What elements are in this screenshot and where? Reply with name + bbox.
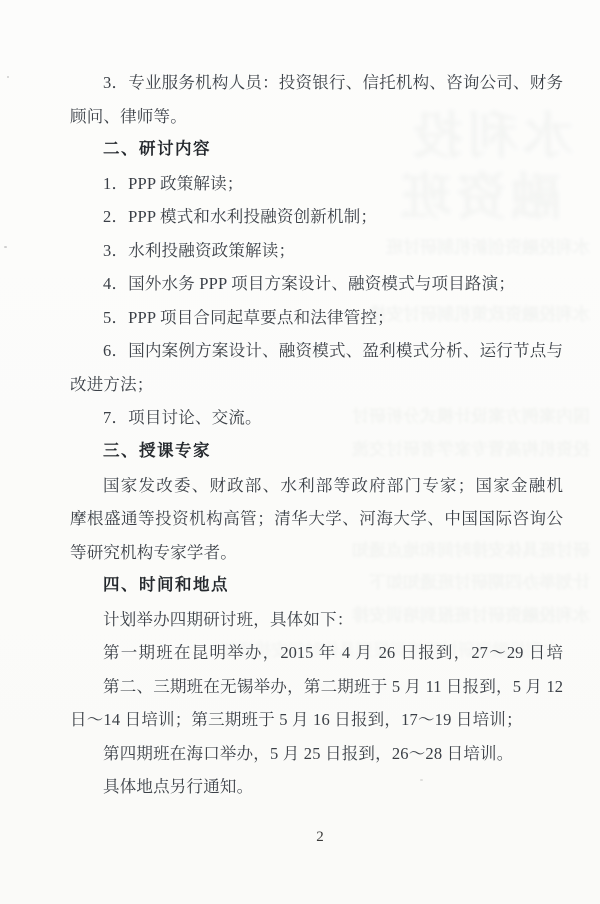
- section-heading: 三、授课专家: [70, 435, 563, 469]
- document-line: 计划举办四期研讨班，具体如下：: [70, 603, 563, 637]
- list-item: 3．水利投融资政策解读；: [70, 234, 563, 268]
- document-line: 改进方法；: [70, 368, 563, 402]
- list-item: 6．国内案例方案设计、融资模式、盈利模式分析、运行节点与: [70, 334, 563, 368]
- list-item: 2．PPP 模式和水利投融资创新机制；: [70, 200, 563, 234]
- document-line: 等研究机构专家学者。: [70, 536, 563, 570]
- document-line: 第二、三期班在无锡举办，第二期班于 5 月 11 日报到，5 月 12: [70, 670, 563, 704]
- document-line: 具体地点另行通知。: [70, 770, 563, 804]
- section-heading: 二、研讨内容: [70, 133, 563, 167]
- page-number: 2: [0, 829, 600, 846]
- document-line: 第一期班在昆明举办，2015 年 4 月 26 日报到，27～29 日培训；: [70, 636, 563, 670]
- document-line: 摩根盛通等投资机构高管；清华大学、河海大学、中国国际咨询公司: [70, 502, 563, 536]
- list-item: 1．PPP 政策解读；: [70, 167, 563, 201]
- scan-speck: [4, 246, 7, 248]
- list-item: 4．国外水务 PPP 项目方案设计、融资模式与项目路演；: [70, 267, 563, 301]
- document-line: 顾问、律师等。: [70, 100, 563, 134]
- list-item: 5．PPP 项目合同起草要点和法律管控；: [70, 301, 563, 335]
- document-line: 国家发改委、财政部、水利部等政府部门专家；国家金融机构、: [70, 469, 563, 503]
- scan-speck: [7, 76, 9, 78]
- document-page: 水利投 融资班 水利投融资创新机制研讨班 水利投融资政策机制研讨安排 国内案例方…: [0, 0, 600, 904]
- list-item: 7．项目讨论、交流。: [70, 401, 563, 435]
- section-heading: 四、时间和地点: [70, 569, 563, 603]
- document-line: 3．专业服务机构人员：投资银行、信托机构、咨询公司、财务: [70, 66, 563, 100]
- document-body: 3．专业服务机构人员：投资银行、信托机构、咨询公司、财务 顾问、律师等。 二、研…: [70, 66, 563, 804]
- document-line: 日～14 日培训；第三期班于 5 月 16 日报到，17～19 日培训；: [70, 703, 563, 737]
- document-line: 第四期班在海口举办，5 月 25 日报到，26～28 日培训。: [70, 737, 563, 771]
